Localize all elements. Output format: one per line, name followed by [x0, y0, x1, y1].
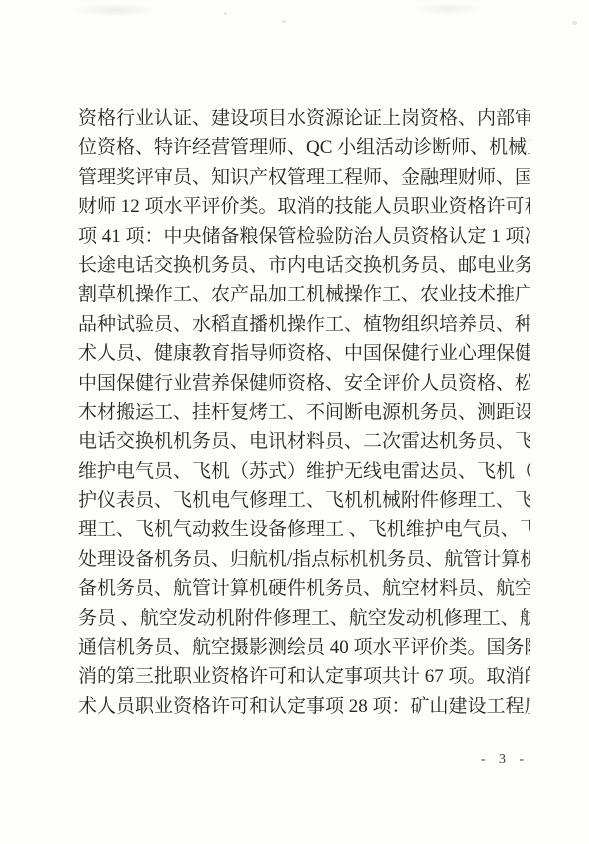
text-line: 维护电气员、飞机（苏式）维护无线电雷达员、飞机（苏式）维: [78, 457, 530, 486]
page-number: - 3 -: [470, 752, 540, 768]
scan-smudge: [224, 12, 227, 15]
text-line: 位资格、特许经营管理师、QC 小组活动诊断师、机械工业质量: [78, 133, 530, 162]
scan-smudge: [572, 21, 577, 25]
scan-smudge: [282, 20, 286, 23]
text-line: 通信机务员、航空摄影测绘员 40 项水平评价类。国务院决定取: [78, 633, 530, 662]
text-line: 电话交换机机务员、电讯材料员、二次雷达机务员、飞机（苏式）: [78, 427, 530, 456]
text-line: 资格行业认证、建设项目水资源论证上岗资格、内部审计人员岗: [78, 104, 530, 133]
text-line: 护仪表员、飞机电气修理工、飞机机械附件修理工、飞机结构修: [78, 486, 530, 515]
text-line: 备机务员、航管计算机硬件机务员、航空材料员、航空电信报（话）: [78, 574, 530, 603]
text-line: 术人员、健康教育指导师资格、中国保健行业心理保健师资格、: [78, 339, 530, 368]
text-line: 务员 、航空发动机附件修理工、航空发动机修理工、航管内话: [78, 604, 530, 633]
text-line: 长途电话交换机务员、市内电话交换机务员、邮电业务营销员、: [78, 251, 530, 280]
text-line: 处理设备机务员、归航机/指点标机机务员、航管计算机外围设: [78, 545, 530, 574]
document-body-text: 资格行业认证、建设项目水资源论证上岗资格、内部审计人员岗 位资格、特许经营管理师…: [78, 104, 530, 721]
text-line: 消的第三批职业资格许可和认定事项共计 67 项。取消的专业技: [78, 662, 530, 691]
text-line: 中国保健行业营养保健师资格、安全评价人员资格、松香包装工、: [78, 369, 530, 398]
text-line: 项 41 项：中央储备粮保管检验防治人员资格认定 1 项准入类；: [78, 222, 530, 251]
text-line: 品种试验员、水稻直播机操作工、植物组织培养员、种子贮藏技: [78, 310, 530, 339]
text-line: 财师 12 项水平评价类。取消的技能人员职业资格许可和认定事: [78, 192, 530, 221]
text-line: 理工、飞机气动救生设备修理工 、飞机维护电气员、飞行计划: [78, 515, 530, 544]
text-line: 管理奖评审员、知识产权管理工程师、金融理财师、国际金融理: [78, 163, 530, 192]
text-line: 割草机操作工、农产品加工机械操作工、农业技术推广员（水产）、: [78, 280, 530, 309]
text-line: 术人员职业资格许可和认定事项 28 项：矿山建设工程质量监督: [78, 692, 530, 721]
text-line: 木材搬运工、挂杆复烤工、不间断电源机务员、测距设备机务员、: [78, 398, 530, 427]
scanned-document-page: 资格行业认证、建设项目水资源论证上岗资格、内部审计人员岗 位资格、特许经营管理师…: [0, 0, 589, 844]
